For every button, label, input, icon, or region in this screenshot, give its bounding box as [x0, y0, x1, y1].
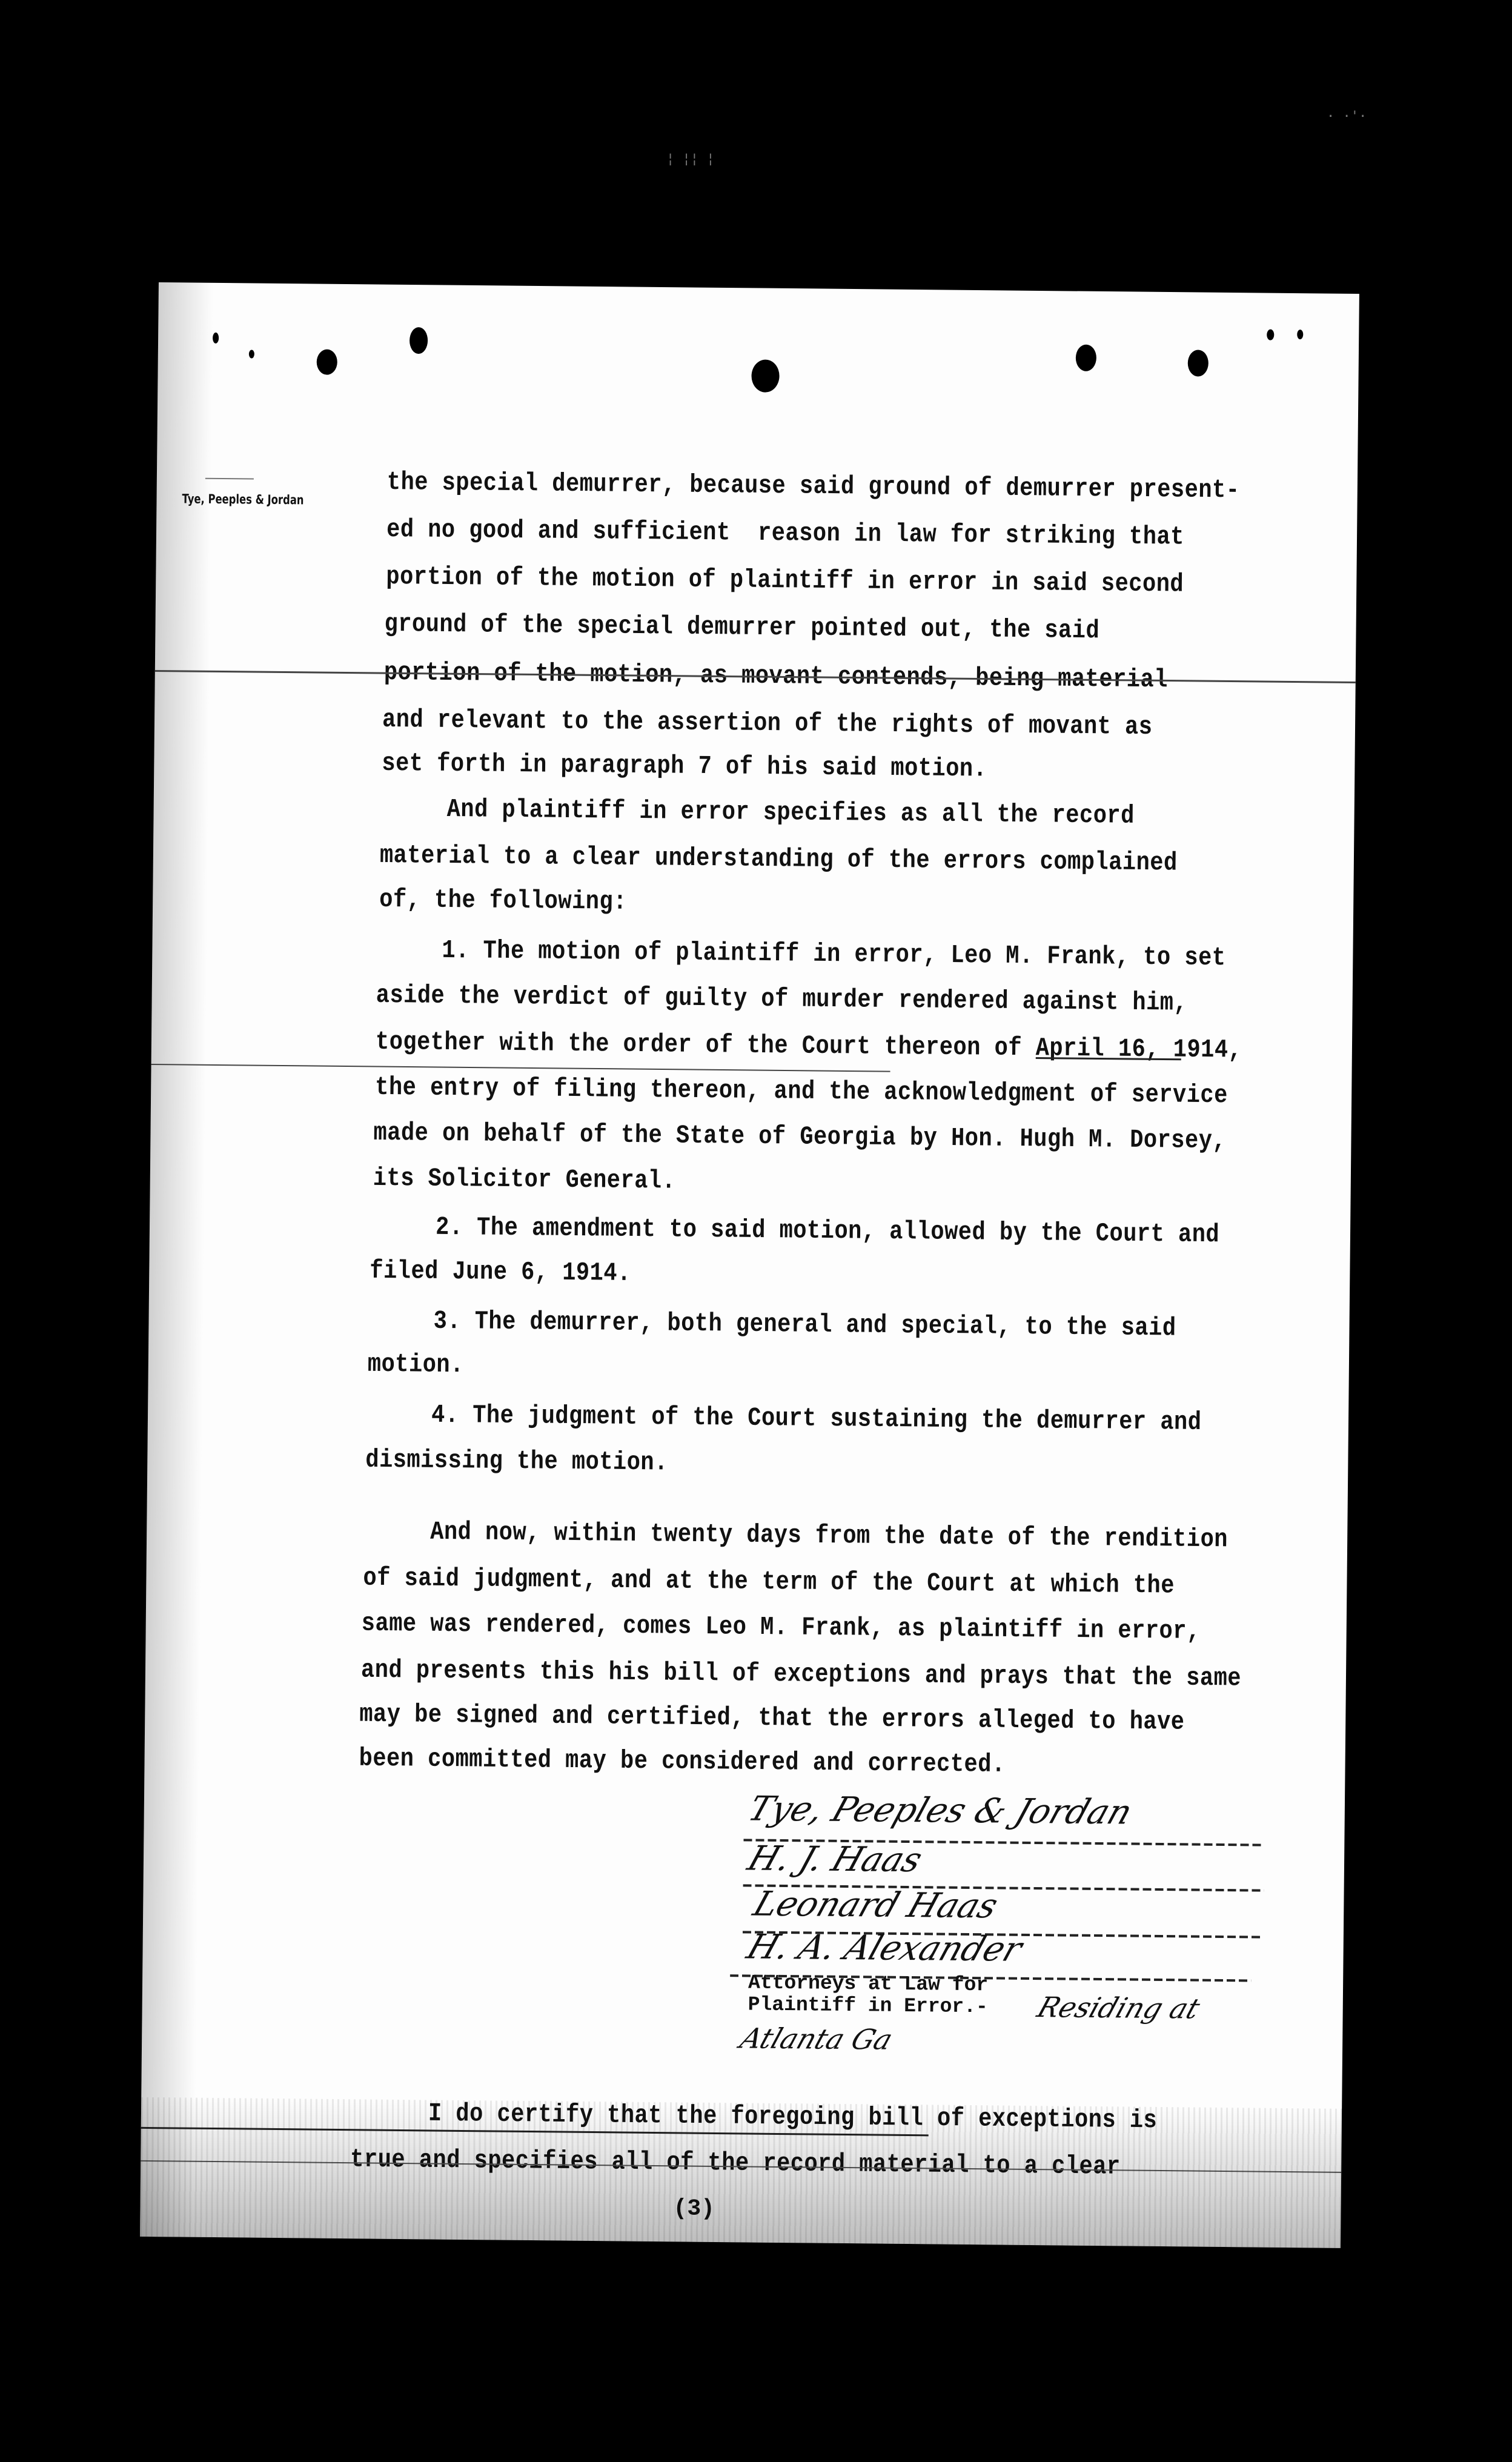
text-line: I do certify that the foregoing bill of … — [428, 2099, 1158, 2135]
punch-hole — [317, 350, 337, 375]
text-line: and relevant to the assertion of the rig… — [382, 705, 1153, 742]
text-line: its Solicitor General. — [373, 1164, 676, 1196]
signature-alexander: H. A. Alexander — [742, 1928, 1027, 1969]
text-line: made on behalf of the State of Georgia b… — [373, 1118, 1226, 1156]
text-line: portion of the motion of plaintiff in er… — [386, 562, 1184, 599]
law-firm-margin-label: Tye, Peeples & Jordan — [182, 491, 303, 507]
ink-speck — [213, 333, 219, 343]
text-line: 2. The amendment to said motion, allowed… — [436, 1213, 1220, 1250]
punch-hole — [1076, 345, 1096, 371]
text-line: And plaintiff in error specifies as all … — [446, 795, 1135, 831]
text-line: set forth in paragraph 7 of his said mot… — [382, 749, 987, 784]
text-line: aside the verdict of guilty of murder re… — [376, 981, 1187, 1018]
text-line: of, the following: — [379, 885, 627, 917]
text-line: the special demurrer, because said groun… — [387, 468, 1240, 505]
margin-dash — [205, 478, 254, 480]
text-line: dismissing the motion. — [365, 1445, 668, 1478]
text-line: may be signed and certified, that the er… — [359, 1700, 1185, 1737]
ink-speck — [249, 350, 254, 358]
frame-mark: · ·'· — [1327, 109, 1367, 124]
scan-line — [151, 1064, 890, 1072]
handwritten-city: Atlanta Ga — [736, 2022, 897, 2056]
text-line: And now, within twenty days from the dat… — [430, 1518, 1228, 1555]
text-line: ed no good and sufficient reason in law … — [386, 515, 1184, 552]
text-line: been committed may be considered and cor… — [359, 1744, 1005, 1780]
ink-speck — [1267, 330, 1274, 340]
text-line: and presents this his bill of exceptions… — [361, 1656, 1241, 1693]
document-page: Tye, Peeples & Jordan the special demurr… — [140, 282, 1359, 2248]
punch-hole — [751, 359, 780, 392]
text-line: 1. The motion of plaintiff in error, Leo… — [442, 936, 1226, 973]
ink-speck — [1297, 330, 1303, 339]
text-line: material to a clear understanding of the… — [380, 841, 1178, 878]
text-line: motion. — [368, 1350, 464, 1380]
text-line: 3. The demurrer, both general and specia… — [433, 1307, 1176, 1343]
punch-hole — [1188, 350, 1209, 376]
signature-hj-haas: H. J. Haas — [743, 1839, 927, 1880]
text-line: of said judgment, and at the term of the… — [363, 1564, 1175, 1601]
signature-firm: Tye, Peeples & Jordan — [743, 1790, 1137, 1833]
text-line: 4. The judgment of the Court sustaining … — [431, 1401, 1202, 1438]
handwritten-residing: Residing at — [1033, 1991, 1204, 2025]
text-line: ground of the special demurrer pointed o… — [384, 609, 1099, 646]
frame-mark: ¦ ¦¦ ¦ — [666, 151, 714, 167]
page-number: (3) — [673, 2195, 715, 2222]
punch-hole — [409, 327, 428, 354]
text-line: the entry of filing thereon, and the ack… — [375, 1073, 1228, 1110]
signature-caption: Attorneys at Law for Plaintiff in Error.… — [748, 1972, 989, 2018]
text-line: same was rendered, comes Leo M. Frank, a… — [362, 1609, 1201, 1647]
text-line: filed June 6, 1914. — [370, 1256, 631, 1288]
signature-leonard-haas: Leonard Haas — [748, 1885, 1003, 1926]
